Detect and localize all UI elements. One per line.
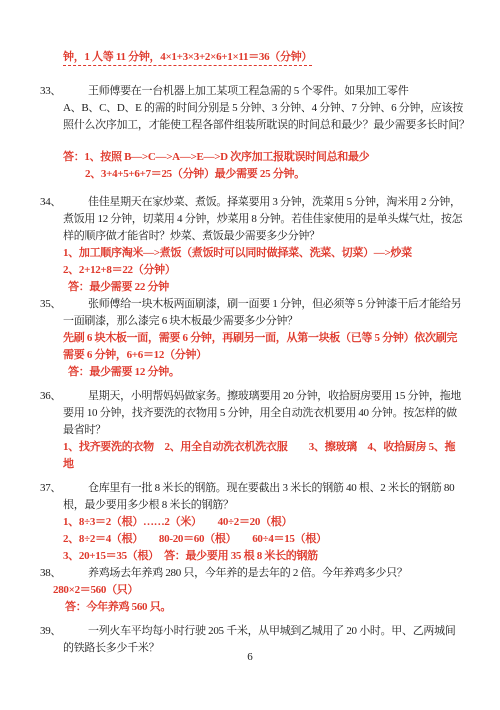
question-line: 样的顺序做才能省时？炒菜、煮饭最少需要多少分钟？ (63, 230, 320, 243)
problem-number: 34、 (40, 196, 61, 209)
question-line: 要用 10 分钟，找齐要洗的衣物用 5 分钟，用全自动洗衣机要用 40 分钟。按… (63, 407, 457, 420)
problem-number: 39、 (40, 625, 61, 638)
question-line: 张师傅给一块木板两面刷漆，刷一面要 1 分钟，但必须等 5 分钟漆干后才能给另 (88, 298, 461, 311)
question-line: 一列火车平均每小时行驶 205 千米，从甲城到乙城用了 20 小时。甲、乙两城间 (88, 625, 456, 638)
answer-line: 答：最少需要 12 分钟。 (68, 366, 180, 379)
answer-line: 2、8÷2＝4（根） 80-20＝60（根） 60÷4＝15（根） (63, 533, 327, 546)
answer-line: 需要 6 分钟，6+6＝12（分钟） (63, 349, 207, 362)
question-line: 一面刷漆，那么漆完 6 块木板最少需要多少分钟？ (63, 315, 298, 328)
question-line: 星期天，小明帮妈妈做家务。擦玻璃要用 20 分钟，收拾厨房要用 15 分钟，拖地 (88, 390, 461, 403)
question-line: 根，最少要用多少根 8 米长的钢筋？ (63, 499, 234, 512)
question-line: 最省时？ (63, 424, 106, 437)
answer-line: 1、8÷3＝2（根）……2（米） 40÷2＝20（根） (63, 516, 292, 529)
carryover-answer-line: 钟，1 人等 11 分钟，4×1+3×3+2×6+1×11＝36（分钟） (63, 51, 312, 66)
document-page: 钟，1 人等 11 分钟，4×1+3×3+2×6+1×11＝36（分钟）33、王… (0, 0, 500, 710)
question-line: 仓库里有一批 8 米长的钢筋。现在要截出 3 米长的钢筋 40 根、2 米长的钢… (88, 482, 454, 495)
answer-line: 答：最少需要 22 分钟 (68, 281, 169, 294)
problem-number: 33、 (40, 85, 61, 98)
answer-line: 3、20+15＝35（根） 答：最少要用 35 根 8 米长的钢筋 (63, 550, 318, 563)
answer-line: 先刷 6 块木板一面，需要 6 分钟，再刷另一面，从第一块板（已等 5 分钟）依… (63, 332, 457, 345)
question-line: 煮饭用 12 分钟，切菜用 4 分钟，炒菜用 8 分钟。若佳佳家使用的是单头煤气… (63, 213, 462, 226)
answer-line: 地 (63, 458, 74, 471)
answer-line: 1、找齐要洗的衣物 2、用全自动洗衣机洗衣服 3、擦玻璃 4、收拾厨房 5、拖 (63, 441, 455, 454)
answer-line: 2、2+12+8＝22（分钟） (63, 264, 176, 277)
page-number: 6 (0, 651, 500, 663)
answer-line: 答：1、按照 B—>C—>A—>E—>D 次序加工报耽误时间总和最少 (63, 151, 369, 164)
problem-number: 37、 (40, 482, 61, 495)
question-line: 佳佳星期天在家炒菜、煮饭。择菜要用 3 分钟，洗菜用 5 分钟，淘米用 2 分钟… (88, 196, 461, 209)
question-line: 养鸡场去年养鸡 280 只，今年养的是去年的 2 倍。今年养鸡多少只？ (88, 567, 408, 580)
answer-line: 2、3+4+5+6+7＝25（分钟）最少需要 25 分钟。 (85, 168, 305, 181)
answer-line: 1、加工顺序淘米—>煮饭（煮饭时可以同时做择菜、洗菜、切菜）—>炒菜 (63, 247, 412, 260)
problem-number: 38、 (40, 567, 61, 580)
problem-number: 35、 (40, 298, 61, 311)
answer-line: 答：今年养鸡 560 只。 (65, 601, 171, 614)
answer-line: 280×2＝560（只） (53, 584, 138, 597)
question-line: A、B、C、D、E 的需的时间分别是 5 分钟、3 分钟、4 分钟、7 分钟、6… (63, 102, 463, 115)
problem-number: 36、 (40, 390, 61, 403)
question-line: 照什么次序加工，才能使工程各部件组装所耽误的时间总和最少？最少需要多长时间？ (63, 119, 470, 132)
question-line: 王师傅要在一台机器上加工某项工程急需的 5 个零件。如果加工零件 (88, 85, 408, 98)
